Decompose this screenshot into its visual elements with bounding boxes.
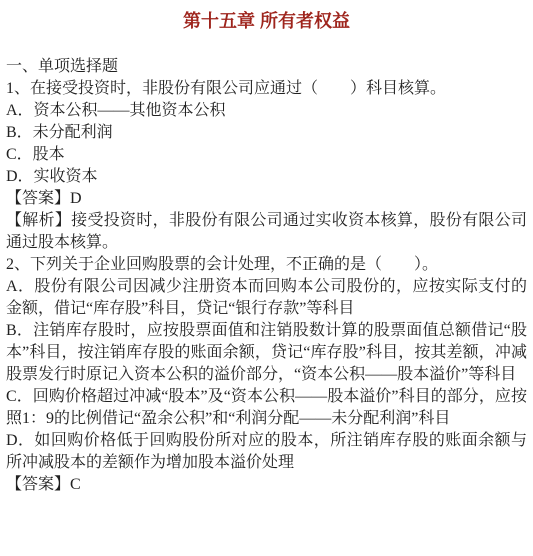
answer-value: C	[70, 476, 81, 493]
analysis-text: 接受投资时，非股份有限公司通过实收资本核算，股份有限公司通过股本核算。	[6, 212, 527, 251]
document-page: 第十五章 所有者权益 一、单项选择题 1、在接受投资时，非股份有限公司应通过（ …	[0, 0, 533, 556]
question-1-option-a: A．资本公积——其他资本公积	[6, 100, 527, 122]
chapter-title: 第十五章 所有者权益	[6, 10, 527, 32]
section-heading: 一、单项选择题	[6, 56, 527, 78]
question-2-option-c: C．回购价格超过冲减“股本”及“资本公积——股本溢价”科目的部分，应按照1：9的…	[6, 386, 527, 430]
question-2-answer-line: 【答案】C	[6, 474, 527, 496]
answer-label: 【答案】	[6, 190, 70, 207]
answer-label: 【答案】	[6, 476, 70, 493]
answer-value: D	[70, 190, 82, 207]
question-1-analysis-line: 【解析】接受投资时，非股份有限公司通过实收资本核算，股份有限公司通过股本核算。	[6, 210, 527, 254]
question-1-stem: 1、在接受投资时，非股份有限公司应通过（ ）科目核算。	[6, 78, 527, 100]
question-2-stem: 2、下列关于企业回购股票的会计处理，不正确的是（ ）。	[6, 254, 527, 276]
question-2-option-b: B．注销库存股时，应按股票面值和注销股数计算的股票面值总额借记“股本”科目，按注…	[6, 320, 527, 386]
question-1-answer-line: 【答案】D	[6, 188, 527, 210]
question-1-option-b: B．未分配利润	[6, 122, 527, 144]
question-1-option-c: C．股本	[6, 144, 527, 166]
analysis-label: 【解析】	[6, 212, 71, 229]
question-1: 1、在接受投资时，非股份有限公司应通过（ ）科目核算。 A．资本公积——其他资本…	[6, 78, 527, 254]
question-1-option-d: D．实收资本	[6, 166, 527, 188]
question-2-option-d: D．如回购价格低于回购股份所对应的股本，所注销库存股的账面余额与所冲减股本的差额…	[6, 430, 527, 474]
question-2-option-a: A．股份有限公司因减少注册资本而回购本公司股份的，应按实际支付的金额，借记“库存…	[6, 276, 527, 320]
question-2: 2、下列关于企业回购股票的会计处理，不正确的是（ ）。 A．股份有限公司因减少注…	[6, 254, 527, 496]
